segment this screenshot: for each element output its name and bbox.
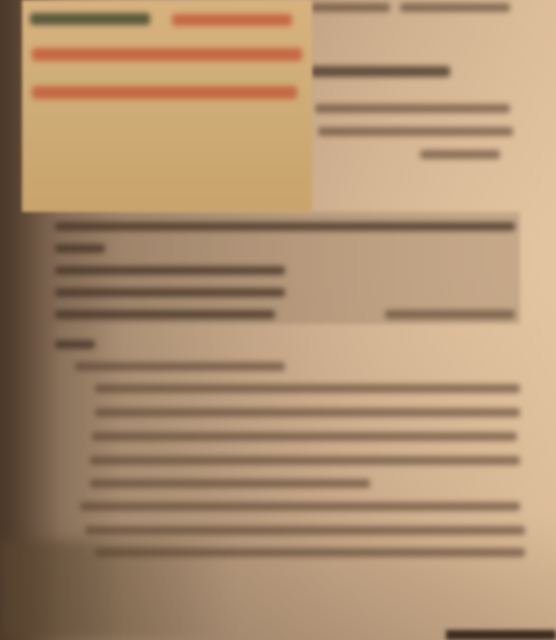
boxed-text-line [55, 244, 105, 253]
text-line [315, 104, 510, 113]
sticky-note [22, 0, 312, 212]
boxed-text-line [55, 266, 285, 275]
page-edge [446, 630, 556, 640]
text-line [420, 150, 500, 159]
text-line [318, 127, 513, 136]
header-text-line [310, 3, 390, 12]
boxed-text-line [55, 310, 275, 319]
boxed-text-line [385, 310, 515, 319]
boxed-text-line [55, 288, 285, 297]
highlighted-word [30, 13, 150, 25]
handwritten-line [172, 14, 292, 26]
text-line [80, 502, 520, 511]
handwritten-line [32, 86, 297, 99]
text-line [85, 526, 525, 535]
heading-line [310, 66, 450, 77]
text-line [55, 340, 95, 349]
text-line [92, 432, 517, 441]
text-line [95, 408, 520, 417]
text-line [75, 362, 285, 371]
handwritten-line [32, 48, 302, 61]
text-line [90, 479, 370, 488]
text-line [95, 384, 520, 393]
boxed-text-line [55, 222, 515, 231]
text-line [90, 456, 520, 465]
header-text-line [400, 3, 510, 12]
page-shadow [0, 540, 230, 640]
